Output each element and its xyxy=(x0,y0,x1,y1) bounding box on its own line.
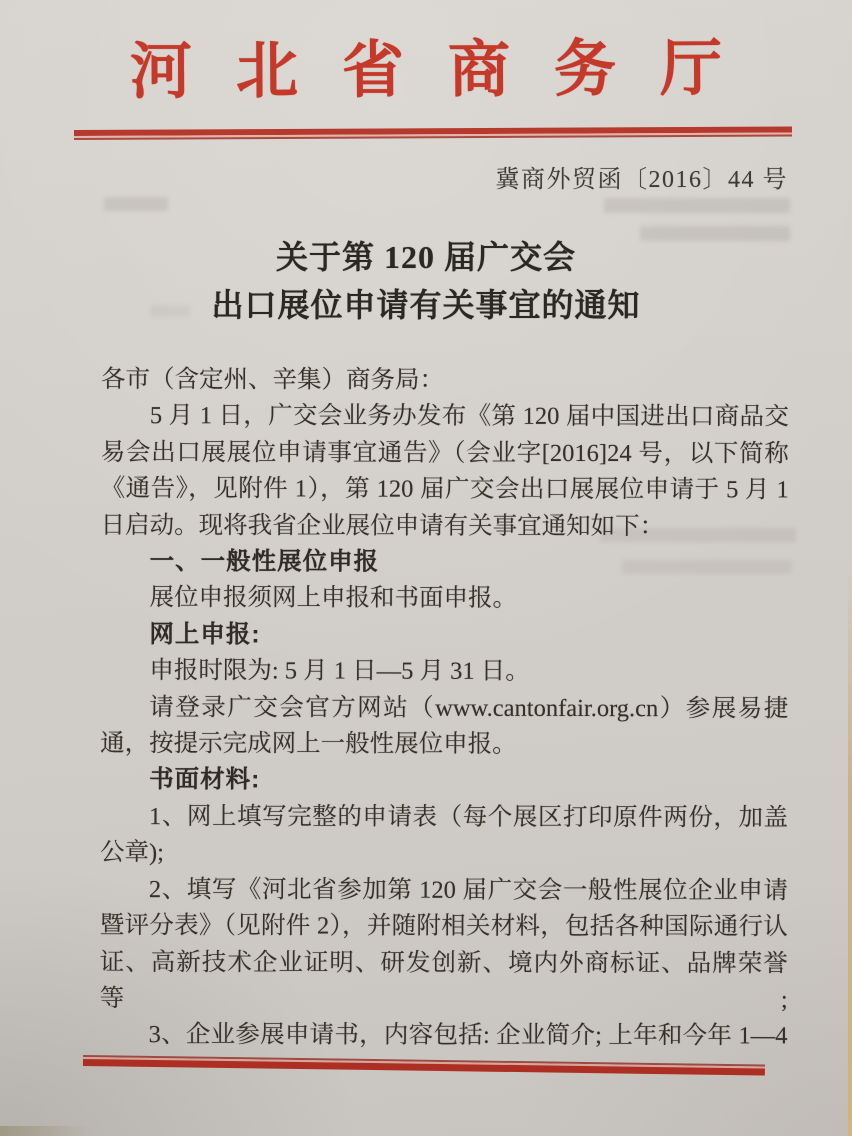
document-title-line1: 关于第 120 届广交会 xyxy=(0,233,852,281)
photo-background-corner xyxy=(0,1126,90,1136)
letterhead-rule xyxy=(74,126,792,140)
body-line: 公章); xyxy=(100,835,788,873)
body-line: 1、网上填写完整的申请表（每个展区打印原件两份，加盖 xyxy=(100,799,788,837)
doc-number: 冀商外贸函〔2016〕44 号 xyxy=(496,159,789,194)
body-line: 《通告》，见附件 1），第 120 届广交会出口展展位申请于 5 月 1 xyxy=(101,471,789,509)
ink-bleed-through xyxy=(104,197,168,211)
body-line: 网上申报: xyxy=(100,617,788,655)
body-line: 展位申报须网上申报和书面申报。 xyxy=(100,580,788,618)
document-photo: 河北省商务厅 冀商外贸函〔2016〕44 号 关于第 120 届广交会 出口展位… xyxy=(0,0,852,1136)
letterhead-agency-name: 河北省商务厅 xyxy=(0,31,852,110)
footer-rule xyxy=(83,1055,765,1076)
body-line: 各市（含定州、辛集）商务局： xyxy=(101,362,789,400)
ink-bleed-through xyxy=(604,198,790,213)
photo-background-edge xyxy=(848,560,852,1136)
body-line: 易会出口展展位申请事宜通告》（会业字[2016]24 号，以下简称 xyxy=(101,435,789,473)
document-title-line2: 出口展位申请有关事宜的通知 xyxy=(0,281,852,329)
body-line: 日启动。现将我省企业展位申请有关事宜通知如下： xyxy=(101,508,789,546)
body-line: 暨评分表》（见附件 2），并随附相关材料，包括各种国际通行认 xyxy=(100,908,788,946)
document-body: 各市（含定州、辛集）商务局：5 月 1 日，广交会业务办发布《第 120 届中国… xyxy=(100,362,789,1055)
body-line: 5 月 1 日，广交会业务办发布《第 120 届中国进出口商品交 xyxy=(101,398,789,436)
body-line: 证、高新技术企业证明、研发创新、境内外商标证、品牌荣誉等; xyxy=(100,944,788,1018)
body-line: 申报时限为: 5 月 1 日—5 月 31 日。 xyxy=(100,653,788,691)
body-line: 书面材料: xyxy=(100,762,788,800)
document-title: 关于第 120 届广交会 出口展位申请有关事宜的通知 xyxy=(0,233,852,329)
body-line: 2、填写《河北省参加第 120 届广交会一般性展位企业申请 xyxy=(100,872,788,910)
body-line: 通，按提示完成网上一般性展位申报。 xyxy=(100,726,788,764)
body-line: 请登录广交会官方网站（www.cantonfair.org.cn）参展易捷 xyxy=(100,690,788,728)
body-line: 3、企业参展申请书，内容包括: 企业简介; 上年和今年 1—4 xyxy=(100,1017,788,1055)
body-line: 一、一般性展位申报 xyxy=(101,544,789,582)
